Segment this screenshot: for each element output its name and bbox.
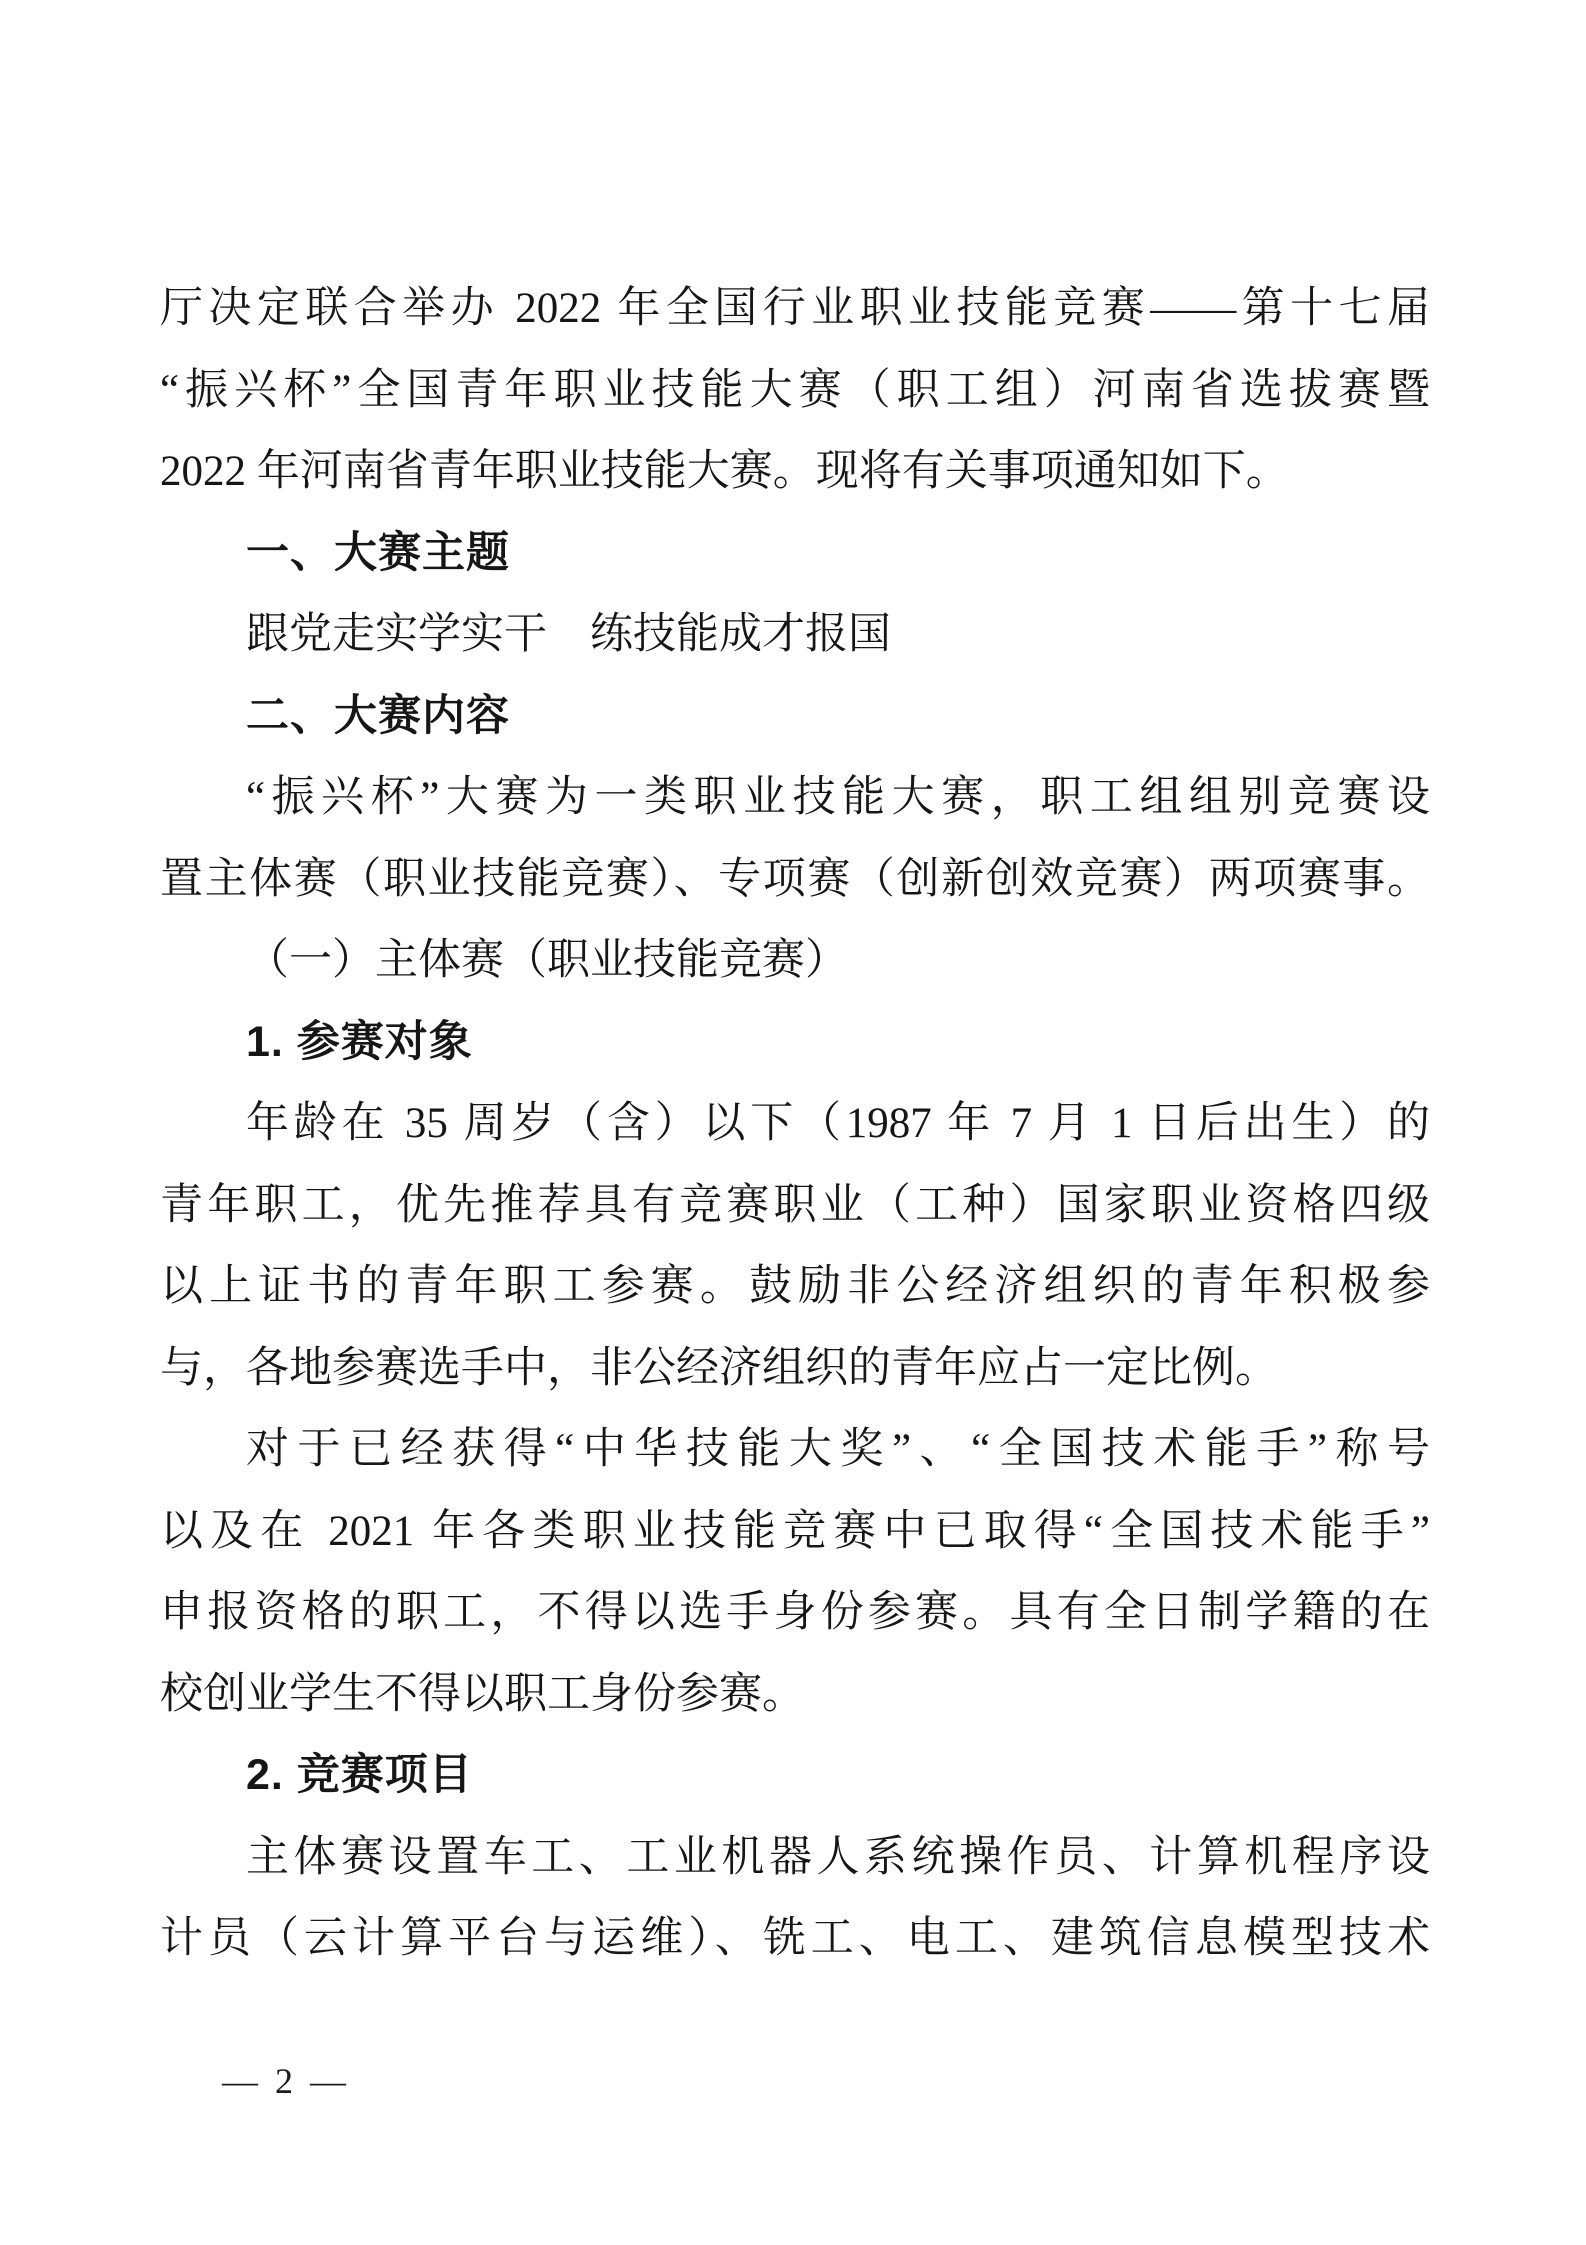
page-number: — 2 — — [222, 2061, 350, 2101]
item1-line: 青年职工，优先推荐具有竞赛职业（工种）国家职业资格四级 — [160, 1165, 1430, 1247]
section1-heading: 一、大赛主题 — [160, 513, 1430, 595]
document-body: 厅决定联合举办 2022 年全国行业职业技能竞赛——第十七届 “振兴杯”全国青年… — [160, 268, 1430, 1980]
section2-overview-line: 置主体赛（职业技能竞赛）、专项赛（创新创效竞赛）两项赛事。 — [160, 839, 1430, 921]
item1-line: 校创业学生不得以职工身份参赛。 — [160, 1654, 1430, 1736]
section2-heading: 二、大赛内容 — [160, 676, 1430, 758]
item2-line: 计员（云计算平台与运维）、铣工、电工、建筑信息模型技术 — [160, 1898, 1430, 1980]
item1-line: 以上证书的青年职工参赛。鼓励非公经济组织的青年积极参 — [160, 1246, 1430, 1328]
subsection1-heading: （一）主体赛（职业技能竞赛） — [160, 920, 1430, 1002]
item1-line: 申报资格的职工，不得以选手身份参赛。具有全日制学籍的在 — [160, 1572, 1430, 1654]
item1-line: 对于已经获得“中华技能大奖”、“全国技术能手”称号 — [160, 1409, 1430, 1491]
intro-line: 2022 年河南省青年职业技能大赛。现将有关事项通知如下。 — [160, 431, 1430, 513]
intro-line: 厅决定联合举办 2022 年全国行业职业技能竞赛——第十七届 — [160, 268, 1430, 350]
section1-theme: 跟党走实学实干 练技能成才报国 — [160, 594, 1430, 676]
document-page: 厅决定联合举办 2022 年全国行业职业技能竞赛——第十七届 “振兴杯”全国青年… — [0, 0, 1586, 2245]
page-footer: — 2 — — [160, 2056, 622, 2106]
section2-overview-line: “振兴杯”大赛为一类职业技能大赛，职工组组别竞赛设 — [160, 757, 1430, 839]
item2-heading: 2. 竞赛项目 — [160, 1735, 1430, 1817]
item1-heading: 1. 参赛对象 — [160, 1002, 1430, 1084]
item1-line: 年龄在 35 周岁（含）以下（1987 年 7 月 1 日后出生）的 — [160, 1083, 1430, 1165]
item1-line: 以及在 2021 年各类职业技能竞赛中已取得“全国技术能手” — [160, 1491, 1430, 1573]
intro-line: “振兴杯”全国青年职业技能大赛（职工组）河南省选拔赛暨 — [160, 350, 1430, 432]
item1-line: 与，各地参赛选手中，非公经济组织的青年应占一定比例。 — [160, 1328, 1430, 1410]
item2-line: 主体赛设置车工、工业机器人系统操作员、计算机程序设 — [160, 1817, 1430, 1899]
